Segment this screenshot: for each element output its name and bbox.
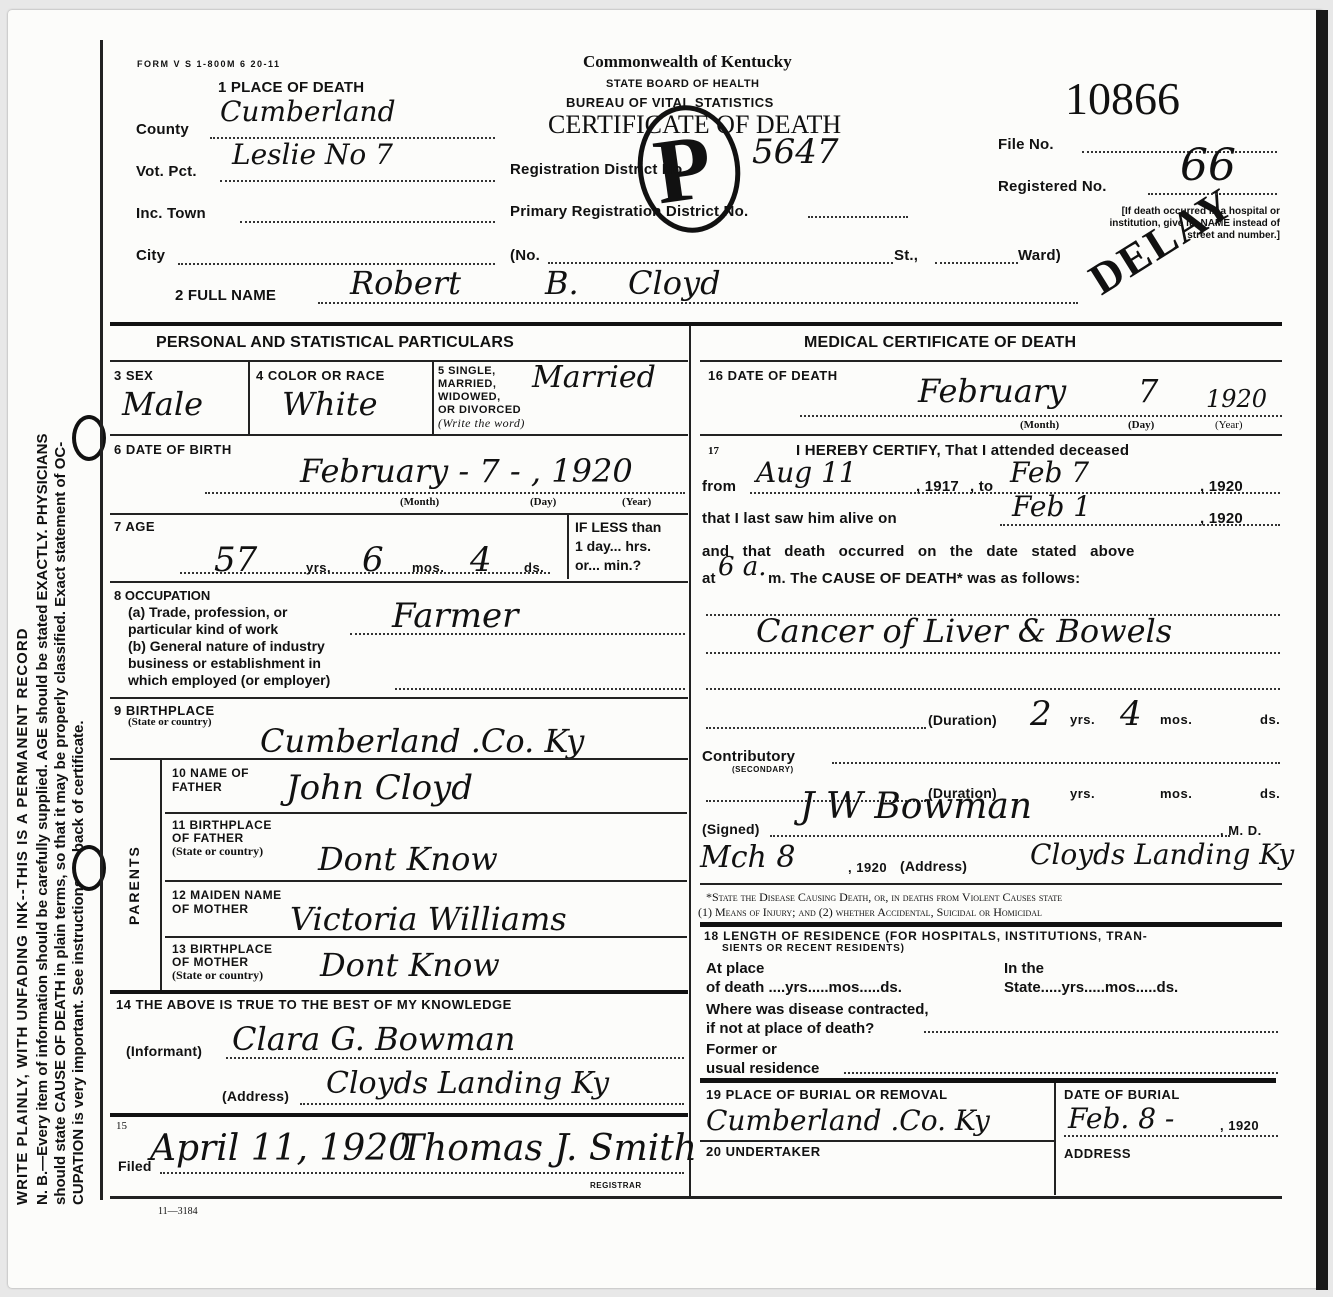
form-rule	[110, 1196, 1282, 1199]
residence-heading-2: SIENTS OR RECENT RESIDENTS)	[722, 943, 905, 954]
dod-year[interactable]: 1920	[1206, 385, 1267, 413]
form-rule	[110, 758, 688, 760]
form-rule	[1054, 1083, 1056, 1195]
margin-note-1: N. B.—Every item of information should b…	[34, 433, 51, 1205]
day-caption: (Day)	[1128, 419, 1154, 431]
mother-birthplace-value[interactable]: Dont Know	[320, 946, 500, 984]
secondary-label: (SECONDARY)	[732, 765, 794, 774]
year-caption: (Year)	[1215, 419, 1243, 431]
hospital-note: [If death occurred in a hospital or inst…	[1104, 206, 1280, 242]
cause-line: m. The CAUSE OF DEATH* was as follows:	[768, 570, 1080, 587]
mother-name-value[interactable]: Victoria Williams	[290, 900, 567, 938]
to-value[interactable]: Feb 7	[1010, 456, 1089, 489]
form-rule	[110, 1113, 688, 1117]
from-label: from	[702, 478, 736, 495]
form-rule	[770, 835, 1230, 837]
form-rule	[110, 322, 1282, 326]
occupation-b-1: (b) General nature of industry	[114, 638, 330, 655]
county-value[interactable]: Cumberland	[220, 95, 396, 128]
residence-heading: 18 LENGTH OF RESIDENCE (FOR HOSPITALS, I…	[704, 929, 1148, 943]
form-rule	[924, 1031, 1278, 1033]
race-label: 4 COLOR OR RACE	[256, 368, 385, 383]
at-value[interactable]: 6 a.	[718, 552, 767, 582]
form-rule	[165, 936, 687, 938]
form-rule	[395, 688, 685, 690]
city-label: City	[136, 247, 165, 264]
marital-label: 5 SINGLE, MARRIED, WIDOWED, OR DIVORCED …	[438, 365, 525, 430]
if-less-1: IF LESS than	[575, 518, 661, 537]
dod-month[interactable]: February	[918, 372, 1066, 410]
bottom-code: 11—3184	[158, 1206, 198, 1217]
informant-address-value[interactable]: Cloyds Landing Ky	[326, 1066, 609, 1101]
form-rule	[700, 1140, 1054, 1142]
age-months[interactable]: 6	[362, 540, 384, 580]
birthplace-sub: (State or country)	[128, 716, 212, 728]
true-statement: 14 THE ABOVE IS TRUE TO THE BEST OF MY K…	[116, 997, 512, 1012]
at-label: at	[702, 570, 716, 587]
file-no-label: File No.	[998, 136, 1054, 153]
form-rule	[160, 760, 162, 990]
no-label: (No.	[510, 247, 540, 264]
cause-value[interactable]: Cancer of Liver & Bowels	[756, 612, 1172, 650]
duration-label: (Duration)	[928, 712, 997, 728]
registered-no-label: Registered No.	[998, 178, 1107, 195]
age-years[interactable]: 57	[214, 540, 257, 580]
to-label: , to	[970, 478, 993, 495]
mother-name-label-2: OF MOTHER	[172, 902, 282, 916]
registration-district-value[interactable]: 5647	[752, 132, 839, 172]
day-caption: (Day)	[530, 496, 556, 508]
dob-label: 6 DATE OF BIRTH	[114, 442, 232, 457]
year-caption: (Year)	[622, 496, 651, 508]
contributory-label: Contributory	[702, 748, 795, 765]
form-number: FORM V S 1-800M 6 20-11	[137, 59, 281, 69]
form-rule	[706, 688, 1280, 690]
duration-months[interactable]: 4	[1120, 694, 1142, 734]
form-rule	[110, 990, 688, 994]
father-name-value[interactable]: John Cloyd	[286, 768, 473, 808]
dob-value[interactable]: February - 7 - , 1920	[300, 452, 633, 490]
place-of-death-heading: 1 PLACE OF DEATH	[218, 79, 364, 96]
form-rule	[110, 697, 688, 699]
form-rule	[432, 362, 434, 434]
occupation-a-1: (a) Trade, profession, or	[114, 604, 330, 621]
commonwealth-title: Commonwealth of Kentucky	[583, 52, 792, 72]
marital-value[interactable]: Married	[532, 360, 656, 395]
filed-label: Filed	[118, 1158, 152, 1174]
form-rule	[1064, 1135, 1278, 1137]
registrar-label: REGISTRAR	[590, 1181, 642, 1190]
burial-place-value[interactable]: Cumberland .Co. Ky	[706, 1104, 990, 1137]
physician-address-label: (Address)	[900, 858, 967, 874]
signed-date[interactable]: Mch 8	[700, 840, 795, 875]
personal-heading: PERSONAL AND STATISTICAL PARTICULARS	[156, 334, 514, 352]
undertaker-address-label: ADDRESS	[1064, 1146, 1131, 1161]
primary-registration-label: Primary Registration District No.	[510, 203, 748, 220]
at-place-2: of death ....yrs.....mos.....ds.	[706, 978, 902, 997]
yrs-label: yrs.	[1070, 786, 1095, 801]
ds-label: ds.	[1260, 786, 1280, 801]
physician-address-value[interactable]: Cloyds Landing Ky	[1030, 838, 1294, 871]
form-rule	[700, 434, 1282, 436]
father-birthplace-label: 11 BIRTHPLACEOF FATHER(State or country)	[172, 819, 272, 858]
item17: 17	[708, 445, 719, 457]
form-rule	[689, 326, 691, 1196]
full-name-first[interactable]: Robert	[350, 264, 461, 302]
form-rule	[800, 415, 1282, 417]
from-value[interactable]: Aug 11	[756, 456, 857, 489]
form-rule	[205, 492, 685, 494]
ds-label: ds.	[1260, 712, 1280, 727]
mos-label: mos.	[412, 560, 444, 575]
former-2: usual residence	[706, 1059, 819, 1078]
in-state-label: In theState.....yrs.....mos.....ds.	[1004, 959, 1178, 997]
form-rule	[110, 581, 688, 583]
if-less-2: 1 day... hrs.	[575, 537, 661, 556]
undertaker-label: 20 UNDERTAKER	[706, 1144, 821, 1159]
burial-date-year: , 1920	[1220, 1118, 1259, 1133]
physician-signature[interactable]: J W Bowman	[800, 786, 1032, 827]
form-rule	[248, 362, 250, 434]
burial-date-value[interactable]: Feb. 8 -	[1068, 1102, 1174, 1135]
form-rule	[832, 762, 1280, 764]
inc-town-label: Inc. Town	[136, 205, 206, 222]
mos-label: mos.	[1160, 786, 1192, 801]
burial-place-label: 19 PLACE OF BURIAL OR REMOVAL	[706, 1087, 948, 1102]
contracted-2: if not at place of death?	[706, 1019, 929, 1038]
at-place-1: At place	[706, 959, 902, 978]
full-name-label: 2 FULL NAME	[175, 287, 276, 304]
st-label: St.,	[894, 247, 918, 264]
mother-birthplace-label-3: (State or country)	[172, 969, 273, 982]
form-rule	[700, 883, 1282, 885]
ds-label: ds.	[524, 560, 544, 575]
month-caption: (Month)	[400, 496, 439, 508]
duration-years[interactable]: 2	[1030, 694, 1052, 734]
in-state-1: In the	[1004, 959, 1178, 978]
father-birthplace-label-3: (State or country)	[172, 845, 272, 858]
ward-label: Ward)	[1018, 247, 1061, 264]
form-rule	[220, 180, 495, 182]
form-rule	[844, 1072, 1278, 1074]
mother-name-label: 12 MAIDEN NAMEOF MOTHER	[172, 888, 282, 916]
sex-value[interactable]: Male	[122, 385, 203, 423]
informant-label: (Informant)	[126, 1043, 202, 1059]
registered-no-value[interactable]: 66	[1180, 140, 1236, 191]
form-rule	[706, 652, 1280, 654]
from-year: , 1917	[916, 478, 959, 495]
age-label: 7 AGE	[114, 519, 155, 534]
signed-year: , 1920	[848, 860, 887, 875]
form-rule	[808, 216, 908, 218]
form-rule	[700, 922, 1282, 927]
dod-day[interactable]: 7	[1138, 372, 1158, 410]
in-state-2: State.....yrs.....mos.....ds.	[1004, 978, 1178, 997]
form-rule	[935, 262, 1018, 264]
age-days[interactable]: 4	[470, 540, 492, 580]
vot-pct-label: Vot. Pct.	[136, 163, 197, 180]
margin-rule	[100, 40, 103, 1200]
informant-value[interactable]: Clara G. Bowman	[232, 1020, 515, 1058]
sex-label: 3 SEX	[114, 368, 153, 383]
registration-district-label: Registration District No.	[510, 161, 687, 178]
at-place-label: At placeof death ....yrs.....mos.....ds.	[706, 959, 902, 997]
if-less-3: or... min.?	[575, 556, 661, 575]
former-1: Former or	[706, 1040, 819, 1059]
mother-birthplace-label: 13 BIRTHPLACEOF MOTHER(State or country)	[172, 943, 273, 982]
yrs-label: yrs.	[306, 560, 331, 575]
form-rule	[160, 1172, 684, 1174]
board-title: STATE BOARD OF HEALTH	[606, 78, 760, 90]
occupation-value[interactable]: Farmer	[392, 596, 518, 636]
if-less-note: IF LESS than 1 day... hrs. or... min.?	[575, 518, 661, 575]
marital-label-1: 5 SINGLE,	[438, 365, 525, 378]
mother-name-label-1: 12 MAIDEN NAME	[172, 888, 282, 902]
margin-note-3: CUPATION is very important. See instruct…	[70, 720, 87, 1205]
item15: 15	[116, 1120, 127, 1132]
county-label: County	[136, 121, 189, 138]
occupation-a-2: particular kind of work	[114, 621, 330, 638]
yrs-label: yrs.	[1070, 712, 1095, 727]
contracted-1: Where was disease contracted,	[706, 1000, 929, 1019]
margin-warning: WRITE PLAINLY, WITH UNFADING INK--THIS I…	[14, 628, 31, 1206]
parents-label: PARENTS	[126, 845, 142, 925]
last-saw-value[interactable]: Feb 1	[1012, 490, 1091, 523]
burial-date-label: DATE OF BURIAL	[1064, 1087, 1180, 1102]
informant-address-label: (Address)	[222, 1088, 289, 1104]
vot-pct-value[interactable]: Leslie No 7	[232, 138, 393, 171]
marital-label-5: (Write the word)	[438, 417, 525, 430]
margin-note-2: should state CAUSE OF DEATH in plain ter…	[52, 442, 69, 1205]
certificate-number: 10866	[1065, 72, 1180, 125]
marital-label-3: WIDOWED,	[438, 391, 525, 404]
father-name-label: 10 NAME OFFATHER	[172, 766, 249, 794]
full-name-middle[interactable]: B.	[545, 264, 579, 302]
to-year: , 1920	[1200, 478, 1243, 495]
marital-label-2: MARRIED,	[438, 378, 525, 391]
occupation-b-2: business or establishment in	[114, 655, 330, 672]
mos-label: mos.	[1160, 712, 1192, 727]
footnote-2: (1) Means of Injury; and (2) whether Acc…	[698, 905, 1042, 920]
form-rule	[110, 513, 688, 515]
birthplace-value[interactable]: Cumberland .Co. Ky	[260, 722, 584, 760]
form-rule	[700, 360, 1282, 362]
form-rule	[240, 221, 495, 223]
form-rule	[567, 515, 569, 579]
full-name-last[interactable]: Cloyd	[628, 264, 721, 302]
form-rule	[706, 727, 926, 729]
form-rule	[318, 302, 1078, 304]
occupation-heading: 8 OCCUPATION	[114, 587, 330, 604]
last-saw-label: that I last saw him alive on	[702, 510, 897, 527]
last-saw-year: , 1920	[1200, 510, 1243, 527]
occupation-b-3: which employed (or employer)	[114, 672, 330, 689]
form-rule	[165, 880, 687, 882]
occurred-line: and that death occurred on the date stat…	[702, 543, 1135, 560]
signed-label: (Signed)	[702, 821, 760, 837]
form-rule	[165, 812, 687, 814]
contracted-label: Where was disease contracted,if not at p…	[706, 1000, 929, 1038]
footnote-1: *State the Disease Causing Death, or, in…	[706, 890, 1062, 905]
race-value[interactable]: White	[282, 385, 378, 423]
form-rule	[700, 1078, 1276, 1083]
father-name-label-1: 10 NAME OF	[172, 766, 249, 780]
father-birthplace-value[interactable]: Dont Know	[318, 840, 498, 878]
dod-label: 16 DATE OF DEATH	[708, 368, 838, 383]
occupation-labels: 8 OCCUPATION (a) Trade, profession, or p…	[114, 587, 330, 689]
form-rule	[110, 434, 688, 436]
former-residence-label: Former orusual residence	[706, 1040, 819, 1078]
form-rule	[1148, 193, 1277, 195]
medical-heading: MEDICAL CERTIFICATE OF DEATH	[804, 334, 1076, 352]
month-caption: (Month)	[1020, 419, 1059, 431]
father-name-label-2: FATHER	[172, 780, 249, 794]
scan-edge	[1316, 10, 1328, 1290]
registrar-signature[interactable]: Thomas J. Smith	[400, 1128, 697, 1169]
filed-value[interactable]: April 11, 1920	[150, 1128, 411, 1169]
md-label: , M. D.	[1220, 823, 1262, 838]
form-rule	[300, 1103, 684, 1105]
